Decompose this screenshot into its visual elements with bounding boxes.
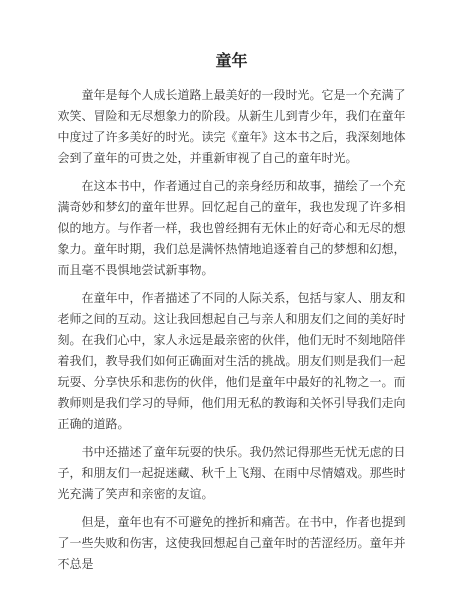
document-title: 童年 — [0, 0, 463, 72]
document-body: 童年是每个人成长道路上最美好的一段时光。它是一个充满了欢笑、冒险和无尽想象力的阶… — [58, 85, 406, 575]
paragraph: 书中还描述了童年玩耍的快乐。我仍然记得那些无忧无虑的日子，和朋友们一起捉迷藏、秋… — [58, 442, 406, 505]
document-page: 童年 童年是每个人成长道路上最美好的一段时光。它是一个充满了欢笑、冒险和无尽想象… — [0, 0, 463, 600]
paragraph: 但是，童年也有不可避免的挫折和痛苦。在书中，作者也提到了一些失败和伤害，这使我回… — [58, 512, 406, 575]
paragraph: 在这本书中，作者通过自己的亲身经历和故事，描绘了一个充满奇妙和梦幻的童年世界。回… — [58, 176, 406, 281]
paragraph: 在童年中，作者描述了不同的人际关系，包括与家人、朋友和老师之间的互动。这让我回想… — [58, 288, 406, 435]
paragraph: 童年是每个人成长道路上最美好的一段时光。它是一个充满了欢笑、冒险和无尽想象力的阶… — [58, 85, 406, 169]
